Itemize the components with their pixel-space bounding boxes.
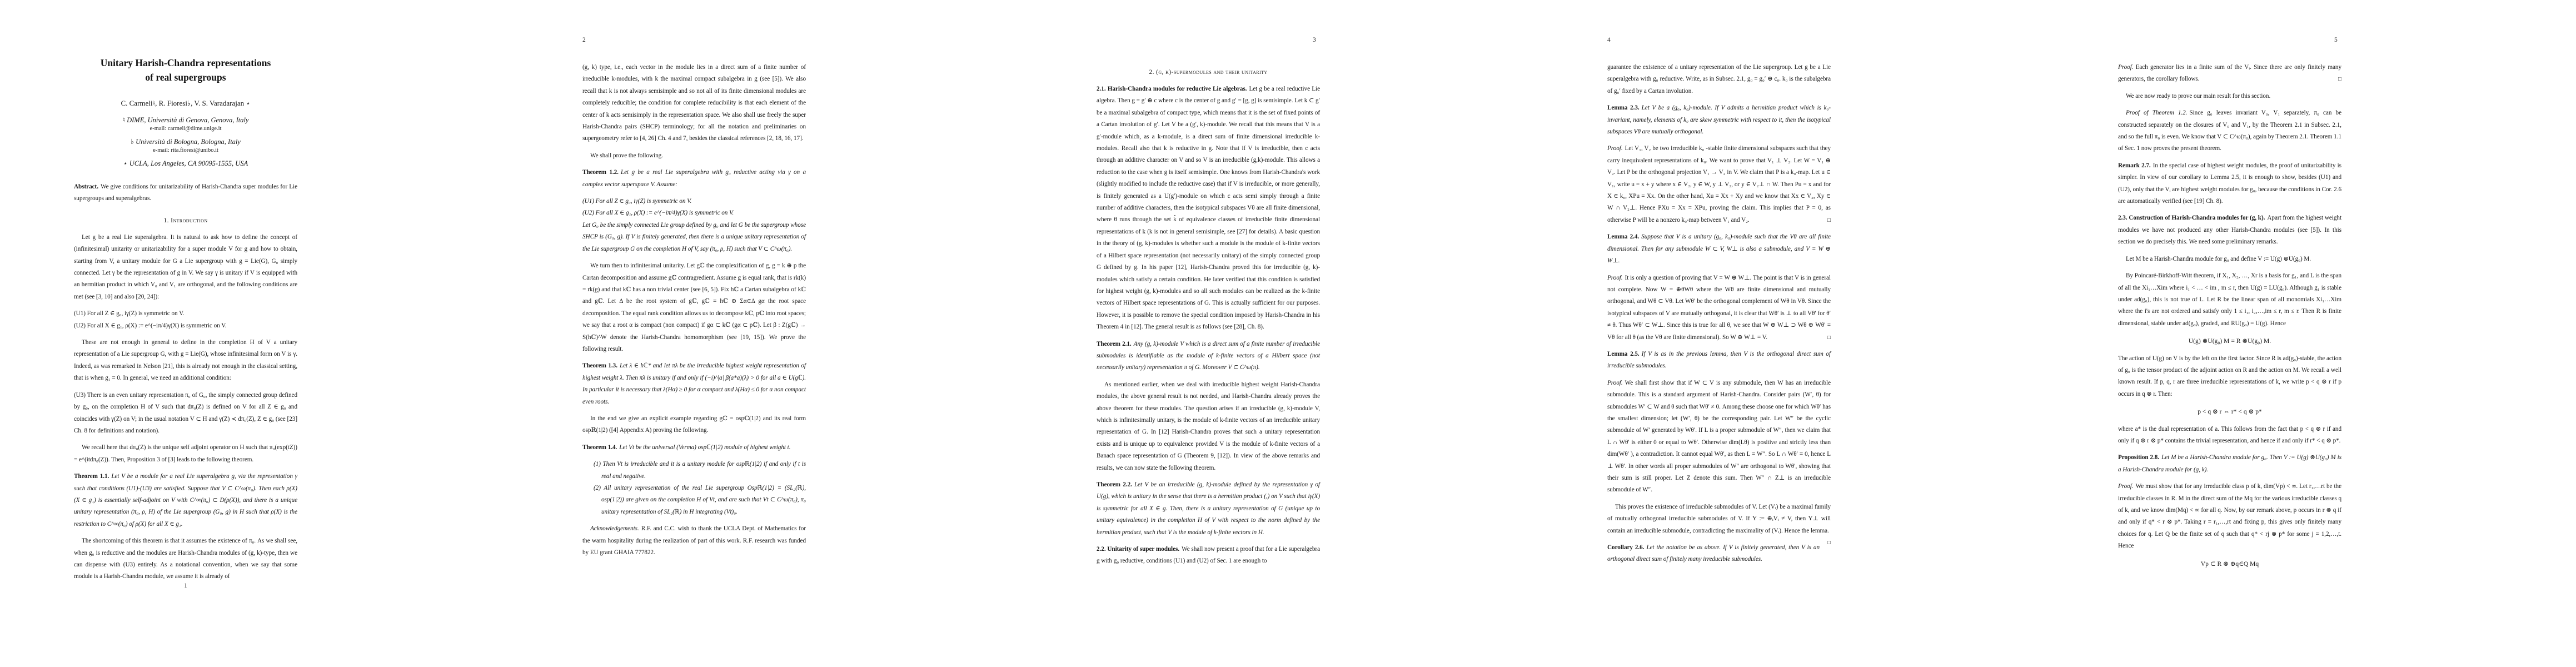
lemma-2-3: Lemma 2.3.Let V be a (g₀, k₀)-module. If… <box>1607 102 1831 138</box>
block-text: (2) All unitary representation of the re… <box>594 485 806 515</box>
block-text: Let M be a Harish-Chandra module for g₀ … <box>2126 256 2311 262</box>
proof-theorem-1-2: Proof of Theorem 1.2.Since g₀ leaves inv… <box>2118 107 2341 155</box>
theorem-1-1: Theorem 1.1.Let V be a module for a real… <box>74 471 297 530</box>
email-fioresi: e-mail: rita.fioresi@unibo.it <box>74 147 297 153</box>
theorem-2-2: Theorem 2.2.Let V be an irreducible (g, … <box>1097 479 1320 539</box>
block-text: (g, k) type, i.e., each vector in the mo… <box>582 64 806 142</box>
block-lead: Theorem 1.4. <box>582 444 619 451</box>
block-text: Let V be a module for a real Lie superal… <box>74 473 297 527</box>
block-text: We shall prove the following. <box>590 152 663 159</box>
block-lead: Lemma 2.3. <box>1607 104 1642 111</box>
block-text: Let g be a real reductive Lie algebra. T… <box>1097 86 1320 330</box>
email-carmeli: e-mail: carmeli@dime.unige.it <box>74 126 297 132</box>
item-2: (2) All unitary representation of the re… <box>582 482 806 518</box>
block-lead: Proof. <box>2118 483 2136 490</box>
block-lead: 2.3. Construction of Harish-Chandra modu… <box>2118 215 2267 221</box>
block-lead: Proof. <box>1607 275 1625 281</box>
abstract: Abstract.We give conditions for unitariz… <box>74 181 297 205</box>
qed-box: □ <box>1827 332 1831 344</box>
block-text: Let V₁, V₂ be two irreducible k₀ -stable… <box>1607 145 1831 223</box>
paper-title: Unitary Harish-Chandra representations o… <box>74 56 297 84</box>
block-text: Let g be a real Lie superalgebra. It is … <box>74 234 297 300</box>
block-lead: Theorem 1.2. <box>582 169 621 176</box>
section-heading: 1. Introduction <box>74 217 297 224</box>
block-text: (U2) For all X ∈ g₁, ρ(X) := e^(−iπ/4)γ(… <box>74 322 227 329</box>
block-text: (1) Then Vt is irreducible and it is a u… <box>594 461 806 479</box>
block-lead: Theorem 2.1. <box>1097 341 1134 347</box>
subsection-2-3: 2.3. Construction of Harish-Chandra modu… <box>2118 212 2341 248</box>
block-text: (U1) For all Z ∈ g₀, iγ(Z) is symmetric … <box>582 198 691 205</box>
block-text: Let G₀ be the simply connected Lie group… <box>582 222 806 252</box>
block-lead: Theorem 1.1. <box>74 473 111 480</box>
theorem-1-2-continued: Let G₀ be the simply connected Lie group… <box>582 220 806 255</box>
affiliation-ucla: ⋆ UCLA, Los Angeles, CA 90095-1555, USA <box>74 159 297 168</box>
theorem-1-2: Theorem 1.2.Let g be a real Lie superalg… <box>582 167 806 191</box>
page: 2(g, k) type, i.e., each vector in the m… <box>515 0 1030 667</box>
paragraph: We turn then to infinitesimal unitarity.… <box>582 260 806 355</box>
block-lead: Proof of Theorem 1.2. <box>2126 109 2189 116</box>
proof-lemma-2-4: Proof.It is only a question of proving t… <box>1607 272 1831 344</box>
paragraph: As mentioned earlier, when we deal with … <box>1097 379 1320 474</box>
paragraph: The action of U(g) on V is by the left o… <box>2118 353 2341 401</box>
block-text: Suppose that V is a unitary (g₀, k₀)-mod… <box>1607 233 1831 264</box>
item-1: (1) Then Vt is irreducible and it is a u… <box>582 459 806 482</box>
block-text: We turn then to infinitesimal unitarity.… <box>582 262 806 352</box>
block-text: These are not enough in general to defin… <box>74 339 297 381</box>
proof-lemma-2-5: Proof.We shall first show that if W ⊂ V … <box>1607 377 1831 496</box>
display-equation: U(g) ⊗U(g₀) M = R ⊗U(g₀) M. <box>2118 335 2341 347</box>
qed-box: □ <box>2338 73 2341 85</box>
block-text: This proves the existence of irreducible… <box>1607 504 1831 534</box>
text-column: guarantee the existence of a unitary rep… <box>1607 57 1831 571</box>
proof-lemma-2-5-continued: This proves the existence of irreducible… <box>1607 501 1831 537</box>
lemma-2-5: Lemma 2.5.If V is as in the previous lem… <box>1607 349 1831 372</box>
page: 32. (g, k)-supermodules and their unitar… <box>1030 0 1546 667</box>
page-number: 5 <box>2334 37 2338 43</box>
text-column: Proof.Each generator lies in a finite su… <box>2118 57 2341 575</box>
proof-lemma-2-3: Proof.Let V₁, V₂ be two irreducible k₀ -… <box>1607 143 1831 226</box>
condition-u1: (U1) For all Z ∈ g₀, iγ(Z) is symmetric … <box>582 196 806 207</box>
block-lead: Remark 2.7. <box>2118 162 2153 169</box>
condition-u2: (U2) For all X ∈ g₁, ρ(X) := e^(−iπ/4)γ(… <box>74 320 297 332</box>
block-lead: Lemma 2.4. <box>1607 233 1641 240</box>
theorem-2-1: Theorem 2.1.Any (g, k)-module V which is… <box>1097 339 1320 374</box>
block-text: We are now ready to prove our main resul… <box>2126 93 2270 99</box>
block-text: We must show that for any irreducible cl… <box>2118 483 2341 549</box>
display-equation: Vp ⊂ R ⊗ ⊕q∈Q Mq <box>2118 558 2341 570</box>
text-column: 2. (g, k)-supermodules and their unitari… <box>1097 57 1320 573</box>
remark-2-7: Remark 2.7.In the special case of highes… <box>2118 160 2341 208</box>
block-text: where a* is the dual representation of a… <box>2118 426 2341 444</box>
block-lead: Lemma 2.5. <box>1607 351 1642 357</box>
authors: C. Carmeli♮, R. Fioresi♭, V. S. Varadara… <box>74 99 297 108</box>
block-lead: Theorem 1.3. <box>582 362 620 369</box>
page-number: 4 <box>1607 37 1611 43</box>
block-text: By Poincaré-Birkhoff-Witt theorem, if X₁… <box>2118 272 2341 327</box>
paragraph: guarantee the existence of a unitary rep… <box>1607 62 1831 97</box>
theorem-1-4: Theorem 1.4.Let Vt be the universal (Ver… <box>582 442 806 454</box>
block-text: Let Vt be the universal (Verma) ospℂ(1|2… <box>619 444 790 451</box>
affiliation-genova: ♮ DIME, Università di Genova, Genova, It… <box>74 116 297 125</box>
block-text: It is only a question of proving that V … <box>1607 275 1831 341</box>
block-text: The action of U(g) on V is by the left o… <box>2118 355 2341 397</box>
page: 5Proof.Each generator lies in a finite s… <box>2061 0 2576 667</box>
subsection-2-2: 2.2. Unitarity of super modules.We shall… <box>1097 544 1320 568</box>
page: 1Unitary Harish-Chandra representations … <box>0 0 515 667</box>
corollary-2-6: Corollary 2.6.Let the notation be as abo… <box>1607 542 1831 566</box>
block-text: We shall first show that if W ⊂ V is any… <box>1607 380 1831 494</box>
text-column: (g, k) type, i.e., each vector in the mo… <box>582 57 806 564</box>
paragraph: We shall prove the following. <box>582 150 806 162</box>
proposition-2-8: Proposition 2.8.Let M be a Harish-Chandr… <box>2118 452 2341 476</box>
block-text: In the end we give an explicit example r… <box>582 415 806 434</box>
qed-box: □ <box>1827 215 1831 226</box>
paragraph: By Poincaré-Birkhoff-Witt theorem, if X₁… <box>2118 270 2341 330</box>
block-text: (U2) For all X ∈ g₁, ρ(X) := e^(−iπ/4)γ(… <box>582 210 734 216</box>
condition-u3: (U3) There is an even unitary representa… <box>74 390 297 437</box>
paragraph: In the end we give an explicit example r… <box>582 413 806 437</box>
proof-proposition-2-8: Proof.We must show that for any irreduci… <box>2118 481 2341 552</box>
block-text: (U3) There is an even unitary representa… <box>74 392 297 434</box>
block-lead: Theorem 2.2. <box>1097 481 1134 488</box>
paragraph: We recall here that dπ₀(Z) is the unique… <box>74 442 297 466</box>
proof-corollary-2-6: Proof.Each generator lies in a finite su… <box>2118 62 2341 86</box>
paragraph: We are now ready to prove our main resul… <box>2118 91 2341 102</box>
block-lead: Corollary 2.6. <box>1607 544 1646 551</box>
paragraph: (g, k) type, i.e., each vector in the mo… <box>582 62 806 145</box>
block-lead: Acknowledgements. <box>590 525 641 532</box>
block-text: We recall here that dπ₀(Z) is the unique… <box>74 444 297 462</box>
condition-u2: (U2) For all X ∈ g₁, ρ(X) := e^(−iπ/4)γ(… <box>582 207 806 219</box>
condition-u1: (U1) For all Z ∈ g₀, iγ(Z) is symmetric … <box>74 308 297 320</box>
paper-screenshot: { "arxiv_stamp": "arXiv:2103.16131v1 [ma… <box>0 0 2576 667</box>
theorem-1-3: Theorem 1.3.Let λ ∈ hℂ* and let πλ be th… <box>582 360 806 408</box>
block-lead: Abstract. <box>74 183 101 190</box>
block-text: We give conditions for unitarizability o… <box>74 183 297 202</box>
lemma-2-4: Lemma 2.4.Suppose that V is a unitary (g… <box>1607 231 1831 267</box>
block-lead: Proof. <box>1607 145 1625 152</box>
section-heading: 2. (g, k)-supermodules and their unitari… <box>1097 69 1320 76</box>
subsection-2-1: 2.1. Harish-Chandra modules for reductiv… <box>1097 83 1320 333</box>
paragraph: Let g be a real Lie superalgebra. It is … <box>74 232 297 303</box>
paragraph: Let M be a Harish-Chandra module for g₀ … <box>2118 253 2341 265</box>
block-text: As mentioned earlier, when we deal with … <box>1097 381 1320 471</box>
page-number: 3 <box>1313 37 1316 43</box>
block-lead: 2.1. Harish-Chandra modules for reductiv… <box>1097 86 1249 92</box>
block-lead: Proof. <box>2118 64 2136 71</box>
acknowledgements: Acknowledgements.R.F. and C.C. wish to t… <box>582 523 806 559</box>
block-lead: Proposition 2.8. <box>2118 454 2161 461</box>
text-column: Unitary Harish-Chandra representations o… <box>74 49 297 588</box>
paragraph: These are not enough in general to defin… <box>74 337 297 385</box>
block-text: (U1) For all Z ∈ g₀, iγ(Z) is symmetric … <box>74 310 184 317</box>
block-text: Each generator lies in a finite sum of t… <box>2118 64 2341 82</box>
qed-box: □ <box>1820 537 1831 549</box>
paragraph: where a* is the dual representation of a… <box>2118 424 2341 447</box>
affiliation-bologna: ♭ Università di Bologna, Bologna, Italy <box>74 137 297 146</box>
display-equation: p < q ⊗ r ⇔ r* < q ⊗ p* <box>2118 406 2341 417</box>
block-text: Let V be an irreducible (g, k)-module de… <box>1097 481 1320 536</box>
paragraph: The shortcoming of this theorem is that … <box>74 535 297 583</box>
block-lead: 2.2. Unitarity of super modules. <box>1097 546 1182 552</box>
block-text: guarantee the existence of a unitary rep… <box>1607 64 1831 94</box>
block-lead: Proof. <box>1607 380 1625 386</box>
page-number: 2 <box>582 37 586 43</box>
block-text: The shortcoming of this theorem is that … <box>74 537 297 580</box>
page: 4guarantee the existence of a unitary re… <box>1546 0 2061 667</box>
